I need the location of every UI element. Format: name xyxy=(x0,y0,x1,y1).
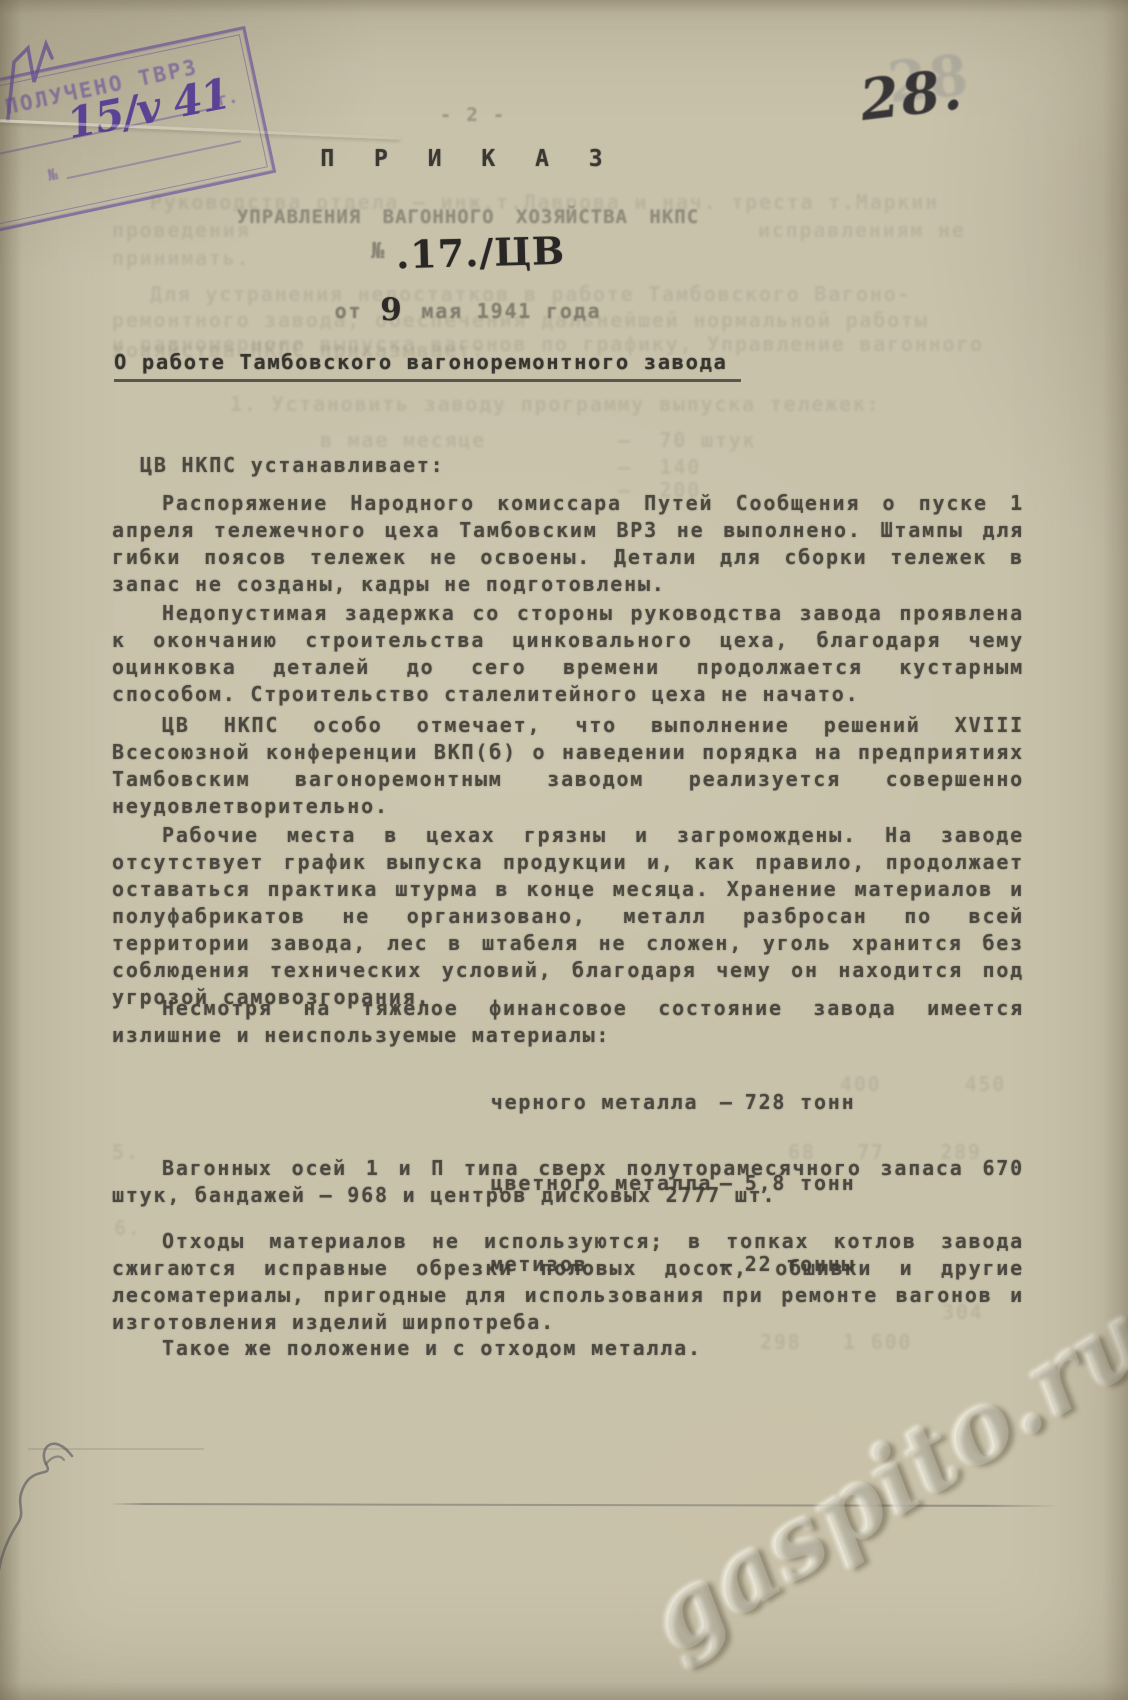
pencil-scribble xyxy=(0,1414,94,1584)
order-date: от 9 мая 1941 года xyxy=(112,292,824,328)
paragraph: ЦВ НКПС особо отмечает, что выполнение р… xyxy=(112,712,1024,820)
material-label: черного металла xyxy=(491,1089,709,1116)
material-value: 728 тонн xyxy=(745,1090,856,1114)
document-page: Руководства отдела – инж.т.Лаврова и нач… xyxy=(0,0,1128,1700)
order-title: П Р И К А З xyxy=(112,146,824,172)
paragraph: Такое же положение и с отходом металла. xyxy=(112,1335,1024,1362)
order-subject: О работе Тамбовского вагоноремонтного за… xyxy=(114,350,741,382)
order-date-prefix: от xyxy=(335,299,363,323)
paragraph: Распоряжение Народного комиссара Путей С… xyxy=(112,490,1024,598)
order-number: № .17./ЦВ xyxy=(112,230,824,275)
materials-row: черного металла–728 тонн xyxy=(380,1062,1024,1143)
ghost-bleed-line: в мае месяце xyxy=(320,428,486,452)
order-date-rest: мая 1941 года xyxy=(421,299,601,323)
order-date-day: 9 xyxy=(376,292,407,328)
sheet-number: - 2 - xyxy=(408,104,538,126)
order-number-label: № xyxy=(371,239,386,264)
stamp-number-label: № xyxy=(46,164,59,185)
ghost-bleed-line: 1. Установить заводу программу выпуска т… xyxy=(230,392,881,416)
paragraph: Рабочие места в цехах грязны и загроможд… xyxy=(112,822,1024,1011)
intro-line: ЦВ НКПС устанавливает: xyxy=(140,452,640,479)
paragraph: Недопустимая задержка со стороны руковод… xyxy=(112,600,1024,708)
paragraph: Вагонных осей 1 и П типа сверх полуторам… xyxy=(112,1155,1024,1209)
material-dash: – xyxy=(709,1089,745,1116)
ghost-bleed-line: – 70 штук xyxy=(618,428,756,452)
order-subtitle: УПРАВЛЕНИЯ ВАГОННОГО ХОЗЯЙСТВА НКПС xyxy=(112,206,824,228)
paragraph: Отходы материалов не используются; в топ… xyxy=(112,1228,1024,1336)
archive-page-number: 28. xyxy=(856,56,967,134)
order-number-value: .17./ЦВ xyxy=(395,228,565,277)
paragraph: Несмотря на тяжелое финансовое состояние… xyxy=(112,995,1024,1049)
